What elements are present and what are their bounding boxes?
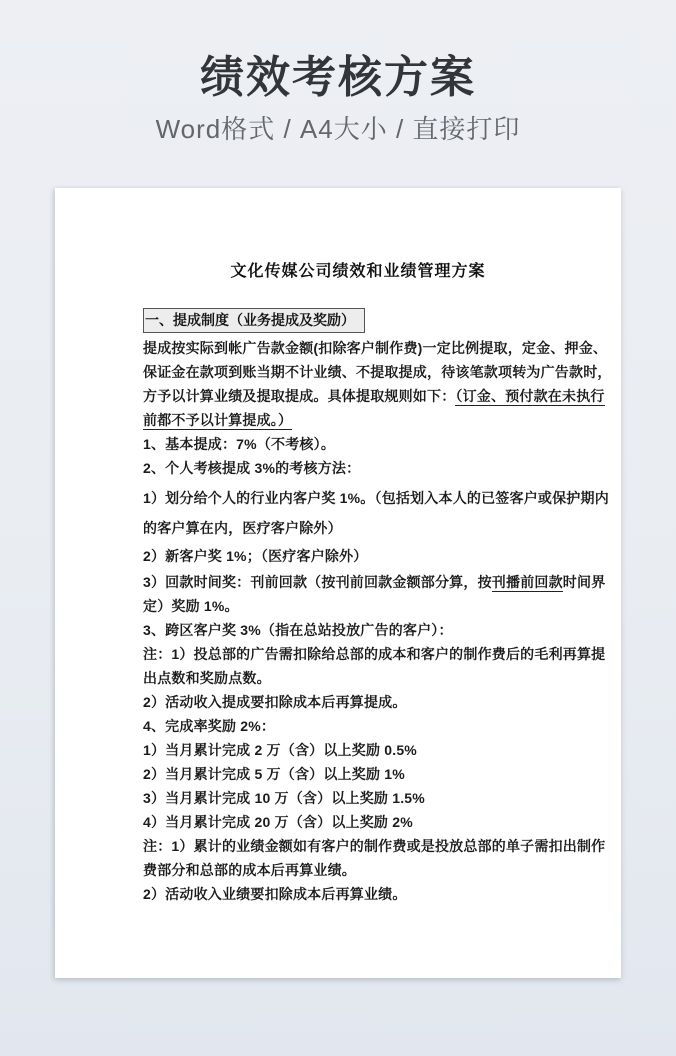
text-run: 注：1）投总部的广告需扣除给总部的成本和客户的制作费后的毛利再算提 (143, 646, 605, 662)
text-run: 1）划分给个人的行业内客户奖 1%。（包括划入本人的已签客户或保护期内 (143, 490, 609, 506)
section-heading: 一、提成制度（业务提成及奖励） (145, 312, 355, 328)
document-line: 2）新客户奖 1%；（医疗客户除外） (143, 544, 573, 568)
document-line: 保证金在款项到账当期不计业绩、不提取提成，待该笔款项转为广告款时， (143, 360, 573, 384)
text-run: 3）回款时间奖：刊前回款（按刊前回款金额部分算，按 (143, 574, 492, 590)
document-line: 前都不予以计算提成。） (143, 408, 573, 432)
text-run: 2）活动收入提成要扣除成本后再算提成。 (143, 694, 407, 710)
document-line: 定）奖励 1%。 (143, 594, 573, 618)
text-run: 注：1）累计的业绩金额如有客户的制作费或是投放总部的单子需扣出制作 (143, 838, 605, 854)
promo-title: 绩效考核方案 (0, 48, 676, 108)
text-run: 费部分和总部的成本后再算业绩。 (143, 862, 356, 878)
document-line: 注：1）累计的业绩金额如有客户的制作费或是投放总部的单子需扣出制作 (143, 834, 573, 858)
document-line: 方予以计算业绩及提取提成。具体提取规则如下：（订金、预付款在未执行 (143, 384, 573, 408)
text-run: 时间界 (563, 574, 606, 590)
document-body: 提成按实际到帐广告款金额(扣除客户制作费)一定比例提取，定金、押金、保证金在款项… (143, 336, 573, 906)
text-run: 3）当月累计完成 10 万（含）以上奖励 1.5% (143, 790, 425, 806)
text-run: 1）当月累计完成 2 万（含）以上奖励 0.5% (143, 742, 417, 758)
text-run: 4、完成率奖励 2%： (143, 718, 275, 734)
text-run: 2、个人考核提成 3%的考核方法： (143, 460, 360, 476)
text-run: 保证金在款项到账当期不计业绩、不提取提成，待该笔款项转为广告款时， (143, 364, 612, 380)
text-run: 2）活动收入业绩要扣除成本后再算业绩。 (143, 886, 407, 902)
text-run: 的客户算在内，医疗客户除外） (143, 520, 342, 536)
text-run: 方予以计算业绩及提取提成。具体提取规则如下： (143, 388, 455, 404)
document-line: 出点数和奖励点数。 (143, 666, 573, 690)
document-line: 1）当月累计完成 2 万（含）以上奖励 0.5% (143, 738, 573, 762)
document-line: 2）活动收入业绩要扣除成本后再算业绩。 (143, 882, 573, 906)
document-line: 4）当月累计完成 20 万（含）以上奖励 2% (143, 810, 573, 834)
text-run: 提成按实际到帐广告款金额(扣除客户制作费)一定比例提取，定金、押金、 (143, 340, 607, 356)
promo-header: 绩效考核方案 Word格式 / A4大小 / 直接打印 (0, 0, 676, 146)
document-page: 文化传媒公司绩效和业绩管理方案 一、提成制度（业务提成及奖励） 提成按实际到帐广… (55, 188, 621, 978)
text-run: 2）新客户奖 1%；（医疗客户除外） (143, 548, 368, 564)
promo-subtitle: Word格式 / A4大小 / 直接打印 (0, 112, 676, 146)
document-line: 2）当月累计完成 5 万（含）以上奖励 1% (143, 762, 573, 786)
document-line: 1）划分给个人的行业内客户奖 1%。（包括划入本人的已签客户或保护期内 (143, 486, 573, 510)
text-run: 出点数和奖励点数。 (143, 670, 271, 686)
document-line: 1、基本提成：7%（不考核）。 (143, 432, 573, 456)
document-line: 提成按实际到帐广告款金额(扣除客户制作费)一定比例提取，定金、押金、 (143, 336, 573, 360)
text-run: 2）当月累计完成 5 万（含）以上奖励 1% (143, 766, 405, 782)
document-line: 4、完成率奖励 2%： (143, 714, 573, 738)
document-line: 3）当月累计完成 10 万（含）以上奖励 1.5% (143, 786, 573, 810)
document-line: 3）回款时间奖：刊前回款（按刊前回款金额部分算，按刊播前回款时间界 (143, 570, 573, 594)
document-line: 2、个人考核提成 3%的考核方法： (143, 456, 573, 480)
document-line: 3、跨区客户奖 3%（指在总站投放广告的客户）： (143, 618, 573, 642)
section-heading-box: 一、提成制度（业务提成及奖励） (143, 308, 365, 333)
document-line: 2）活动收入提成要扣除成本后再算提成。 (143, 690, 573, 714)
underlined-text: （订金、预付款在未执行 (455, 388, 604, 406)
text-run: 定）奖励 1%。 (143, 598, 239, 614)
text-run: 3、跨区客户奖 3%（指在总站投放广告的客户）： (143, 622, 453, 638)
document-title: 文化传媒公司绩效和业绩管理方案 (143, 262, 573, 282)
underlined-text: 刊播前回款 (492, 574, 563, 592)
underlined-text: 前都不予以计算提成。） (143, 412, 292, 430)
text-run: 4）当月累计完成 20 万（含）以上奖励 2% (143, 814, 413, 830)
document-line: 费部分和总部的成本后再算业绩。 (143, 858, 573, 882)
document-line: 注：1）投总部的广告需扣除给总部的成本和客户的制作费后的毛利再算提 (143, 642, 573, 666)
text-run: 1、基本提成：7%（不考核）。 (143, 436, 335, 452)
document-line: 的客户算在内，医疗客户除外） (143, 516, 573, 540)
